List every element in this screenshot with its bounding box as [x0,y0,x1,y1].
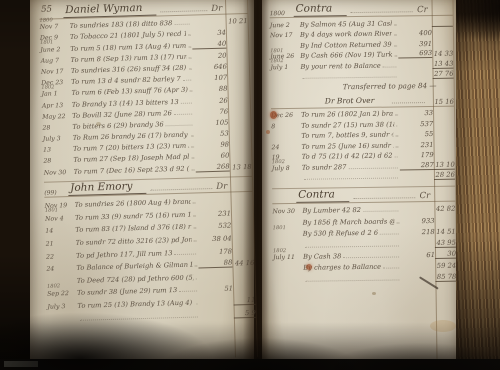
ledger-section: 1800ContraCrJune 2By Salmon 45 (Aug 31 C… [270,1,454,92]
header-amount: 15 16 [433,97,454,105]
leader-dots [304,177,398,179]
amount-outer: 13 10 [434,160,455,169]
leader-dots [191,147,193,148]
section-title: Contra [294,3,347,17]
leader-dots [380,234,399,235]
leader-dots [192,169,194,170]
amount-outer: 43 95 [435,238,456,247]
amount-outer: 27 76 [432,70,453,79]
ledger-page-left: 55 Daniel WymanDr1800Nov 7To sundries 18… [30,0,254,360]
amount-outer: 13 43 [432,59,453,68]
entry-year: 1802 [41,85,54,91]
leader-dots [395,55,397,56]
leader-dots [194,228,196,229]
entry-year: 1801 [270,48,283,54]
leader-dots [191,136,193,137]
entry-year: 1802 [270,58,283,64]
section-title: Dr Brot Over [295,94,389,107]
leader-dots [383,66,397,67]
leader-dots [175,253,197,255]
dr-cr-label: Cr [417,5,428,15]
page-edges [456,0,500,362]
entry-text: Transferred to page 84 — [343,81,394,91]
leader-dots [395,114,397,115]
ledger-photo: 55 Daniel WymanDr1800Nov 7To sundries 18… [0,0,500,370]
leader-dots [394,45,396,46]
entry-date [48,322,78,323]
leader-dots [151,188,213,191]
leader-dots [194,241,196,242]
left-page-content: 55 Daniel WymanDr1800Nov 7To sundries 18… [25,0,259,363]
leader-dots [183,80,192,81]
dr-cr-label: Dr [216,181,227,191]
section-rows: 1800Nov 7To sundries 183 (18) ditto 8381… [39,14,251,176]
amount-inner [200,318,234,319]
section-rows: Nov 30By Lumber 42 8242 82By 1856 ft Mar… [272,202,456,284]
ledger-note-row: Transferred to page 84 — [271,79,454,92]
corner-chip [4,361,38,367]
left-page-sections: Daniel WymanDr1800Nov 7To sundries 183 (… [25,0,258,324]
leader-dots [353,197,416,199]
leader-dots [189,69,191,70]
leader-dots [350,11,413,13]
leader-dots [305,245,399,247]
right-page-sections: 1800ContraCrJune 2By Salmon 45 (Aug 31 C… [260,1,460,284]
leader-dots [166,124,193,126]
ledger-section: Daniel WymanDr1800Nov 7To sundries 183 (… [39,0,252,176]
entry-year: 1801 [273,225,286,231]
leader-dots [195,266,197,267]
amount-outer: 13 18 [230,163,252,172]
leader-dots [174,113,192,115]
dr-cr-label: Dr [211,4,222,14]
leader-dots [181,102,192,103]
entry-text: To rum 7 (Dec 16) Sept 233 d 92 (18) rum [74,164,191,175]
amount-inner: 693 [398,49,432,58]
leader-dots [392,102,425,103]
leader-dots [188,46,190,47]
leader-dots [174,24,189,25]
entry-year: 1801 [40,40,53,46]
section-title: Daniel Wyman [63,3,157,19]
leader-dots [196,303,197,304]
leader-dots [190,91,192,92]
section-rows: Dec 26To rum 26 (1802 Jan 2) brandy 1333… [271,106,455,182]
ledger-section: (99)John EmoryDrNov 19To sundries 26 (18… [44,176,256,324]
leader-dots [394,24,396,25]
entry-year: 1802 [273,248,286,254]
amount-inner: 268 [196,162,230,172]
leader-dots [188,35,190,36]
leader-dots [397,222,399,223]
section-rows: June 2By Salmon 45 (Aug 31 Cash 186)Nov … [270,16,454,92]
amount-outer: 5 9 [234,308,256,318]
leader-dots [363,211,398,212]
leader-dots [305,279,399,281]
leader-dots [192,158,194,159]
entry-year: 1802 [272,159,285,165]
entry-year: 1801 [45,208,58,214]
amount-outer: 28 26 [434,171,455,180]
leader-dots [394,156,397,157]
photo-bottom-edge [0,359,500,370]
ledger-section: Dr Brot Over15 16Dec 26To rum 26 (1802 J… [271,91,455,182]
leader-dots [396,125,397,126]
leader-dots [396,146,398,147]
entry-year: 1802 [47,283,60,289]
ledger-section: ContraCrNov 30By Lumber 42 8242 82By 185… [272,186,456,284]
ledger-page-right: 1800ContraCrJune 2By Salmon 45 (Aug 31 C… [262,0,458,360]
amount-outer: 85 78 [435,272,456,281]
leader-dots [80,316,198,320]
dr-cr-label: Cr [420,191,431,201]
leader-dots [160,10,207,12]
leader-dots [383,268,399,269]
leader-dots [189,57,191,58]
section-year: 1800 [270,10,294,17]
leader-dots [193,215,195,216]
amount-outer: 30 [435,250,456,259]
right-page-content: 1800ContraCrJune 2By Salmon 45 (Aug 31 C… [259,0,460,361]
section-title: Contra [296,189,349,203]
section-year: (99) [44,189,68,197]
section-rows: Nov 19To sundries 26 (1800 Aug 4) brandy… [44,192,255,324]
leader-dots [394,34,396,35]
leader-dots [343,256,399,258]
leader-dots [396,135,398,136]
leader-dots [195,278,196,279]
entry-date: Nov 30 [44,169,74,177]
leader-dots [303,76,397,78]
entry-year: 1800 [39,17,52,23]
leader-dots [193,203,195,204]
section-title: John Emory [68,181,147,196]
leader-dots [179,291,197,292]
ledger-row: 28 26 [272,169,455,182]
leader-dots [348,167,397,169]
amount-inner: 287 [400,160,434,169]
